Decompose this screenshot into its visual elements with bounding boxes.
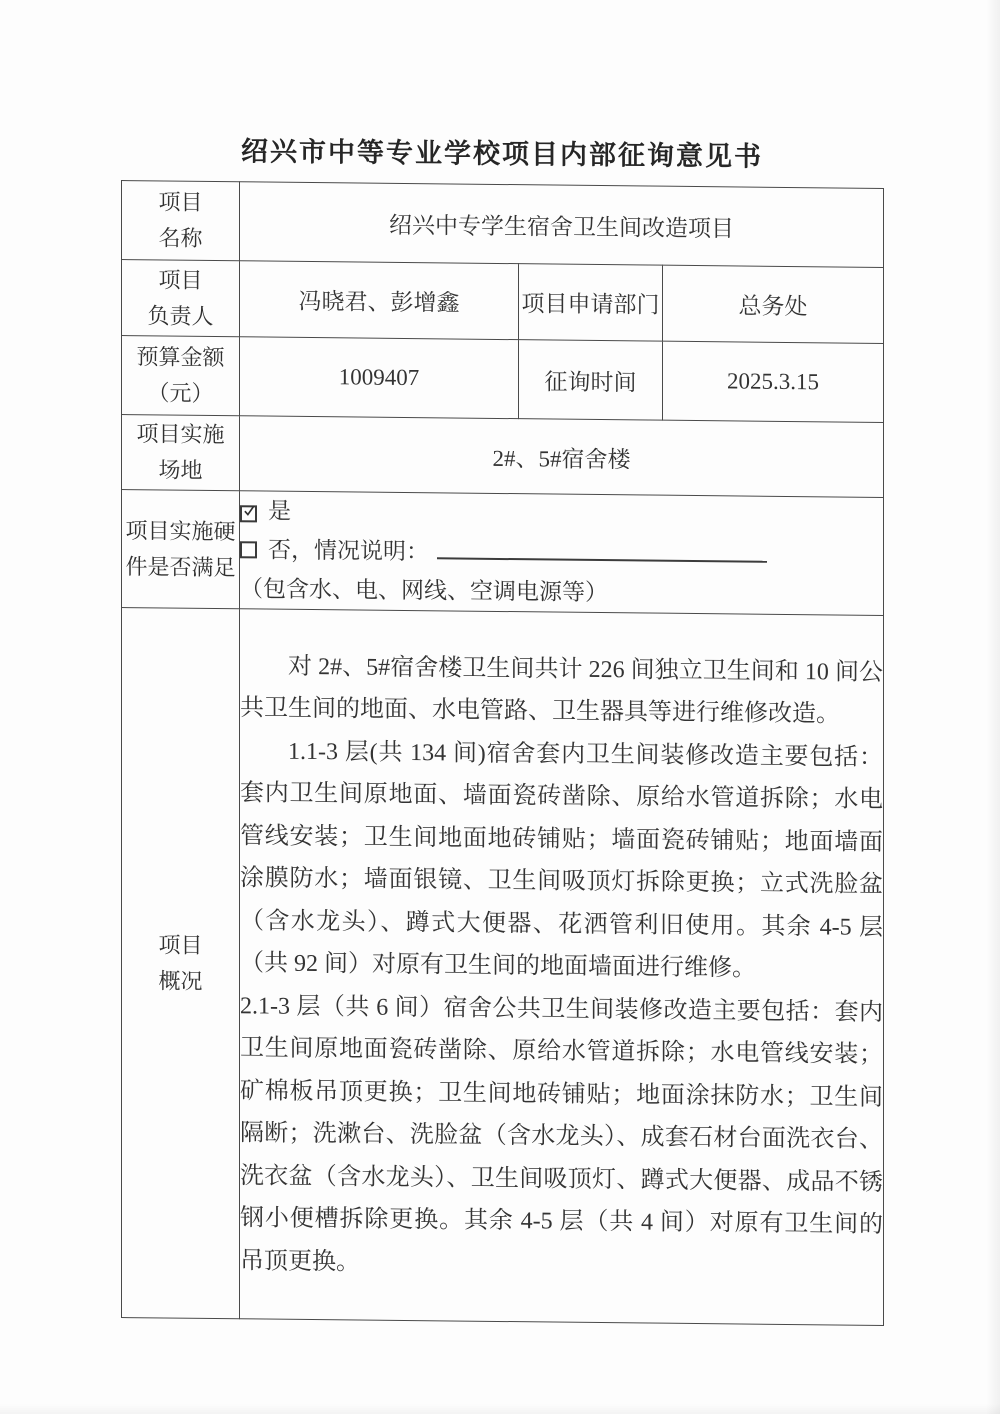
overview-label-cell: 项目 概况 — [122, 608, 240, 1319]
leader-label-line1: 项目 — [122, 262, 239, 299]
budget-label-line2: （元） — [122, 375, 239, 412]
overview-paragraph-2: 1.1-3 层(共 134 间)宿舍套内卫生间装修改造主要包括：套内卫生间原地面… — [240, 730, 883, 992]
row-leader: 项目 负责人 冯晓君、彭增鑫 项目申请部门 总务处 — [122, 260, 884, 344]
hardware-note: （包含水、电、网线、空调电源等） — [240, 569, 883, 615]
overview-paragraph-1: 对 2#、5#宿舍楼卫生间共计 226 间独立卫生间和 10 间公共卫生间的地面… — [240, 645, 883, 737]
row-overview: 项目 概况 对 2#、5#宿舍楼卫生间共计 226 间独立卫生间和 10 间公共… — [122, 608, 884, 1326]
hardware-label-line1: 项目实施硬 — [122, 513, 239, 550]
checked-checkbox-icon — [240, 505, 257, 522]
row-site: 项目实施 场地 2#、5#宿舍楼 — [122, 415, 884, 498]
site-value: 2#、5#宿舍楼 — [240, 416, 884, 498]
budget-value: 1009407 — [240, 337, 519, 419]
overview-label-line2: 概况 — [122, 963, 239, 1000]
row-project-name: 项目 名称 绍兴中专学生宿舍卫生间改造项目 — [122, 181, 884, 268]
explanation-underline — [437, 534, 767, 562]
project-name-label-line1: 项目 — [122, 184, 239, 221]
hardware-yes-label: 是 — [268, 499, 291, 524]
overview-label-line1: 项目 — [122, 927, 239, 964]
row-hardware: 项目实施硬 件是否满足 是 否，情况说明： （包含水、电、网线、空调电源等） — [122, 490, 884, 616]
scanned-page: 绍兴市中等专业学校项目内部征询意见书 项目 名称 绍兴中专学生宿舍卫生间改造项目… — [0, 0, 1000, 1414]
dept-value: 总务处 — [663, 265, 884, 343]
hardware-label-cell: 项目实施硬 件是否满足 — [122, 490, 240, 609]
hardware-label-line2: 件是否满足 — [122, 549, 239, 586]
empty-checkbox-icon — [240, 541, 257, 558]
overview-value-cell: 对 2#、5#宿舍楼卫生间共计 226 间独立卫生间和 10 间公共卫生间的地面… — [240, 609, 884, 1326]
leader-value: 冯晓君、彭增鑫 — [240, 261, 519, 340]
site-label-line2: 场地 — [122, 452, 239, 489]
inquiry-time-label: 征询时间 — [519, 340, 663, 421]
hardware-option-no: 否，情况说明： — [240, 530, 883, 576]
budget-label-line1: 预算金额 — [122, 339, 239, 376]
check-icon — [243, 502, 255, 519]
overview-paragraph-3: 2.1-3 层（共 6 间）宿舍公共卫生间装修改造主要包括：套内卫生间原地面瓷砖… — [240, 985, 883, 1289]
document-sheet: 绍兴市中等专业学校项目内部征询意见书 项目 名称 绍兴中专学生宿舍卫生间改造项目… — [121, 128, 883, 1326]
dept-label: 项目申请部门 — [519, 264, 663, 342]
budget-label-cell: 预算金额 （元） — [122, 336, 240, 416]
hardware-option-yes: 是 — [240, 491, 883, 537]
document-title: 绍兴市中等专业学校项目内部征询意见书 — [121, 128, 883, 175]
form-table: 项目 名称 绍兴中专学生宿舍卫生间改造项目 项目 负责人 冯晓君、彭增鑫 项目申… — [121, 180, 884, 1326]
row-budget: 预算金额 （元） 1009407 征询时间 2025.3.15 — [122, 336, 884, 423]
leader-label-line2: 负责人 — [122, 298, 239, 335]
site-label-line1: 项目实施 — [122, 416, 239, 453]
hardware-no-label: 否，情况说明： — [268, 538, 429, 565]
hardware-value-cell: 是 否，情况说明： （包含水、电、网线、空调电源等） — [240, 491, 884, 616]
project-name-value: 绍兴中专学生宿舍卫生间改造项目 — [240, 182, 884, 268]
project-name-label-line2: 名称 — [122, 220, 239, 257]
project-name-label-cell: 项目 名称 — [122, 181, 240, 261]
inquiry-time-value: 2025.3.15 — [663, 341, 884, 422]
site-label-cell: 项目实施 场地 — [122, 415, 240, 491]
leader-label-cell: 项目 负责人 — [122, 260, 240, 337]
